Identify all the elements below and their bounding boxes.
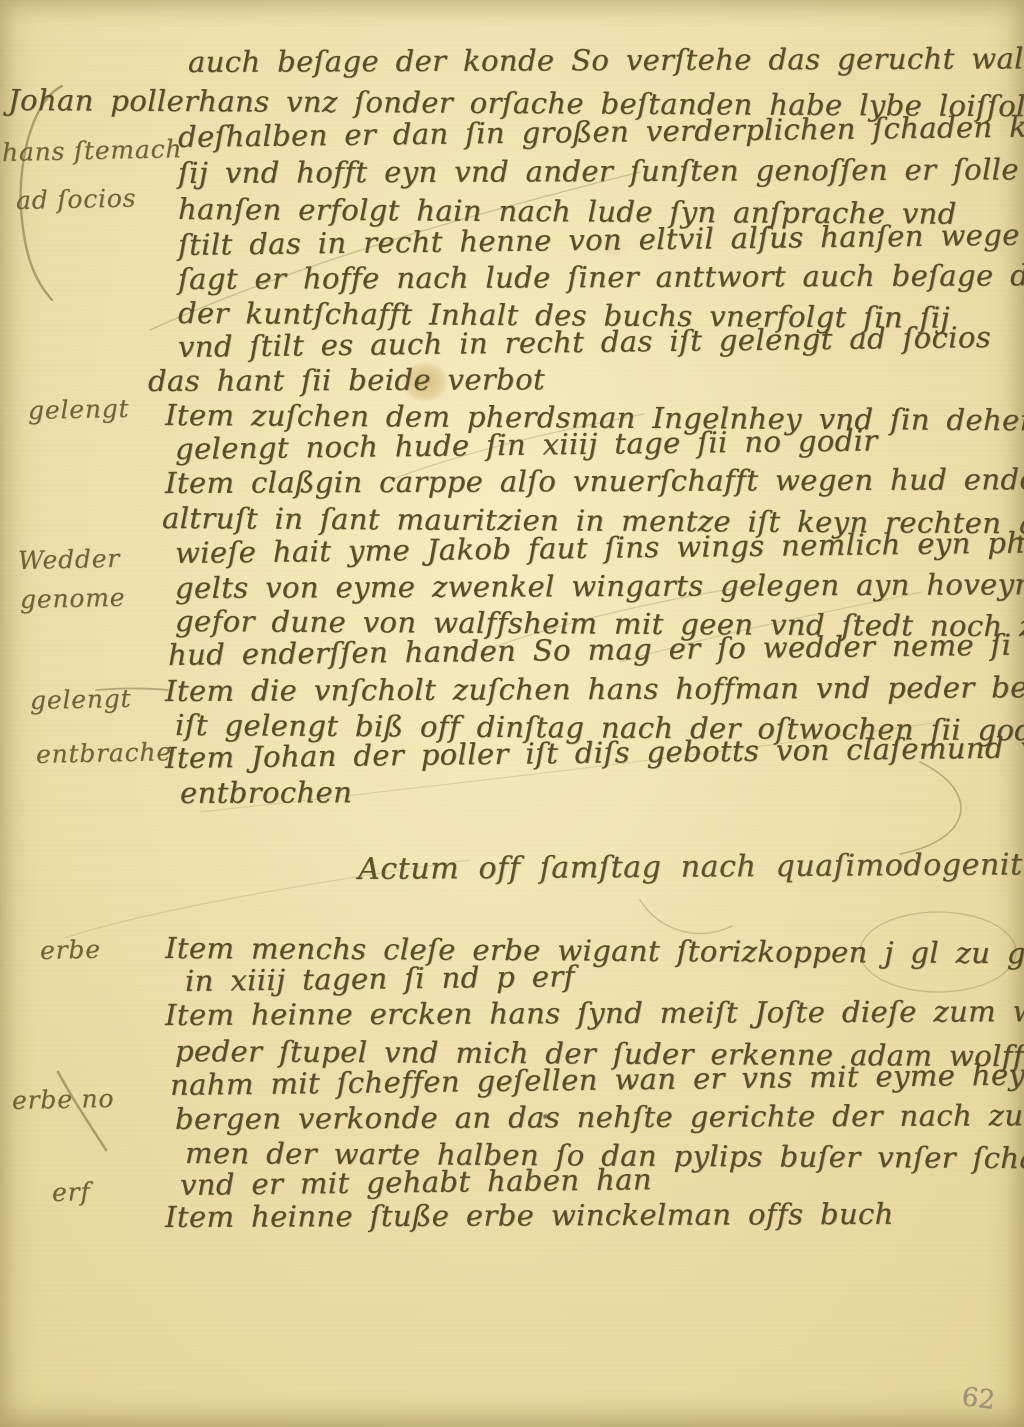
manuscript-line: Item claßgin carppe alſo vnuerſchafft we…: [165, 462, 1024, 500]
folio-number: 62: [960, 1382, 997, 1416]
margin-note: hans ſtemach: [2, 134, 183, 167]
manuscript-line: vnd er mit gehabt haben han: [180, 1162, 652, 1202]
dateline: Actum off ſamſtag nach quaſimodogeniti: [358, 847, 1024, 887]
manuscript-line: in xiiij tagen ſi nd p erf: [185, 959, 575, 998]
margin-note: gelengt: [30, 684, 132, 715]
margin-note: erf: [52, 1177, 91, 1207]
margin-note: erbe: [40, 935, 101, 965]
margin-note: entbrache: [36, 737, 172, 769]
manuscript-line: ſij vnd hofft eyn vnd ander ſunſten geno…: [178, 152, 1019, 190]
manuscript-line: Item heinne ercken hans ſynd meiſt Joſte…: [165, 994, 1024, 1032]
manuscript-line: Item heinne ſtuße erbe winckelman offs b…: [165, 1197, 894, 1234]
manuscript-line: Item die vnſcholt zuſchen hans hoffman v…: [165, 670, 1024, 708]
margin-note: ad ſocios: [16, 183, 137, 215]
manuscript-line: entbrochen: [180, 775, 352, 810]
margin-note: erbe no: [12, 1084, 115, 1115]
manuscript-line: bergen verkonde an das nehſte gerichte d…: [175, 1098, 1024, 1136]
manuscript-line: das hant ſii beide verbot: [148, 362, 545, 398]
manuscript-line: auch beſage der konde So verſtehe das ge…: [188, 41, 1024, 79]
manuscript-line: ſagt er hoffe nach lude ſiner anttwort a…: [178, 258, 1024, 296]
margin-note: gelengt: [28, 394, 130, 425]
manuscript-line: gelts von eyme zwenkel wingarts gelegen …: [175, 567, 1024, 605]
manuscript-line: gelengt noch hude ſin xiiij tage ſii no …: [175, 423, 878, 466]
manuscript-page: auch beſage der konde So verſtehe das ge…: [0, 0, 1024, 1427]
margin-note: genome: [20, 583, 126, 614]
margin-note: Wedder: [18, 544, 121, 575]
